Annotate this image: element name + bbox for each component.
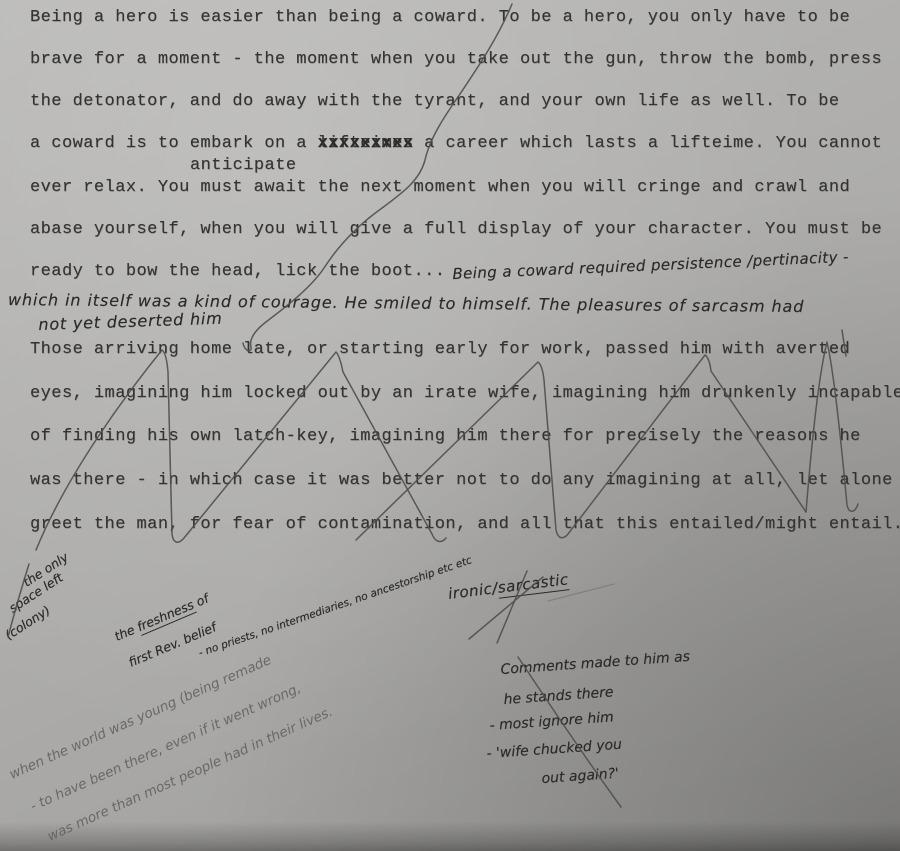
typed-line-9: eyes, imagining him locked out by an ira… <box>30 384 900 403</box>
sarcastic-underlined-word: sarcastic <box>497 570 570 599</box>
typed-line-10: of finding his own latch-key, imagining … <box>30 427 861 446</box>
typed-line-4: a coward is to embark on a lifteimesxxxx… <box>30 134 882 153</box>
struck-word-overtype: xxxxxxxxx <box>318 134 414 153</box>
manuscript-photo: Being a hero is easier than being a cowa… <box>0 0 900 851</box>
freshness-note-line-3: - no priests, no intermediaries, no ance… <box>197 554 473 659</box>
ironic-sarcastic-note: ironic/sarcastic <box>447 570 570 603</box>
typed-line-2: brave for a moment - the moment when you… <box>30 50 882 69</box>
typed-line-3: the detonator, and do away with the tyra… <box>30 92 840 111</box>
struck-word: lifteimesxxxxxxxxx <box>318 134 414 153</box>
typed-line-8: Those arriving home late, or starting ea… <box>30 340 850 359</box>
typed-line-5: ever relax. You must await the next mome… <box>30 178 850 197</box>
typed-line-12: greet the man, for fear of contamination… <box>30 515 900 534</box>
typed-line-7: ready to bow the head, lick the boot... <box>30 262 445 281</box>
comments-note-line-2: he stands there <box>503 684 614 708</box>
comments-note-line-5: out again?' <box>541 766 619 787</box>
typed-line-6: abase yourself, when you will give a ful… <box>30 220 882 239</box>
typed-text-after-deletion: a career which lasts a lifteime. You can… <box>413 134 882 153</box>
typed-inserted-word: anticipate <box>190 156 297 175</box>
comments-note-line-1: Comments made to him as <box>500 649 690 678</box>
comments-note-line-3: - most ignore him <box>489 709 614 734</box>
handwritten-interlinear-3: not yet deserted him <box>38 309 223 334</box>
typed-text-before-deletion: a coward is to embark on a <box>30 134 318 153</box>
handwritten-interlinear-1: Being a coward required persistence /per… <box>452 248 849 283</box>
typed-line-1: Being a hero is easier than being a cowa… <box>30 8 850 27</box>
comments-note-line-4: - 'wife chucked you <box>486 737 622 762</box>
typed-line-11: was there - in which case it was better … <box>30 471 893 490</box>
ironic-word: ironic <box>447 580 493 603</box>
zigzag-deletion-stroke-2 <box>356 355 806 540</box>
